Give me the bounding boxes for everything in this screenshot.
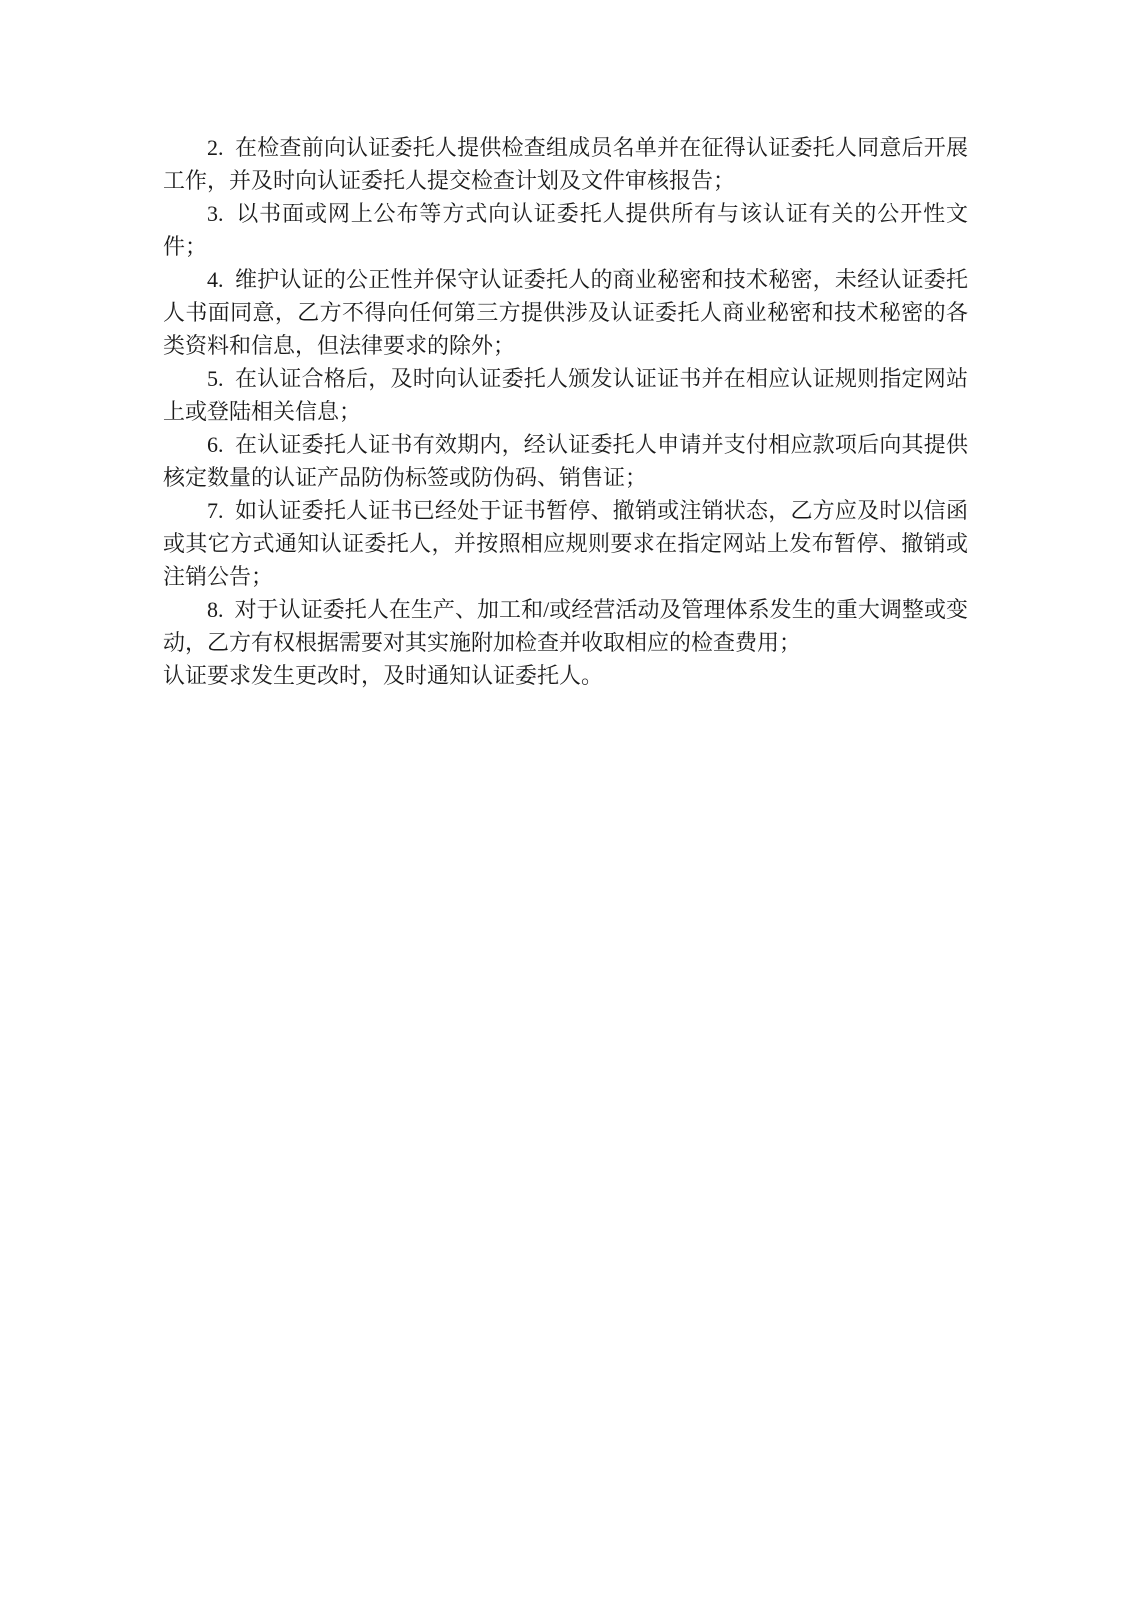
- clause-item-6: 6. 在认证委托人证书有效期内，经认证委托人申请并支付相应款项后向其提供核定数量…: [163, 428, 968, 494]
- document-page: 2. 在检查前向认证委托人提供检查组成员名单并在征得认证委托人同意后开展工作，并…: [0, 0, 1131, 1600]
- clause-item-4: 4. 维护认证的公正性并保守认证委托人的商业秘密和技术秘密，未经认证委托人书面同…: [163, 263, 968, 362]
- clause-item-5: 5. 在认证合格后，及时向认证委托人颁发认证证书并在相应认证规则指定网站上或登陆…: [163, 362, 968, 428]
- closing-line: 认证要求发生更改时，及时通知认证委托人。: [163, 659, 968, 692]
- clause-item-8: 8. 对于认证委托人在生产、加工和/或经营活动及管理体系发生的重大调整或变动，乙…: [163, 593, 968, 659]
- clause-item-2: 2. 在检查前向认证委托人提供检查组成员名单并在征得认证委托人同意后开展工作，并…: [163, 131, 968, 197]
- clause-item-3: 3. 以书面或网上公布等方式向认证委托人提供所有与该认证有关的公开性文件；: [163, 197, 968, 263]
- clause-item-7: 7. 如认证委托人证书已经处于证书暂停、撤销或注销状态，乙方应及时以信函或其它方…: [163, 494, 968, 593]
